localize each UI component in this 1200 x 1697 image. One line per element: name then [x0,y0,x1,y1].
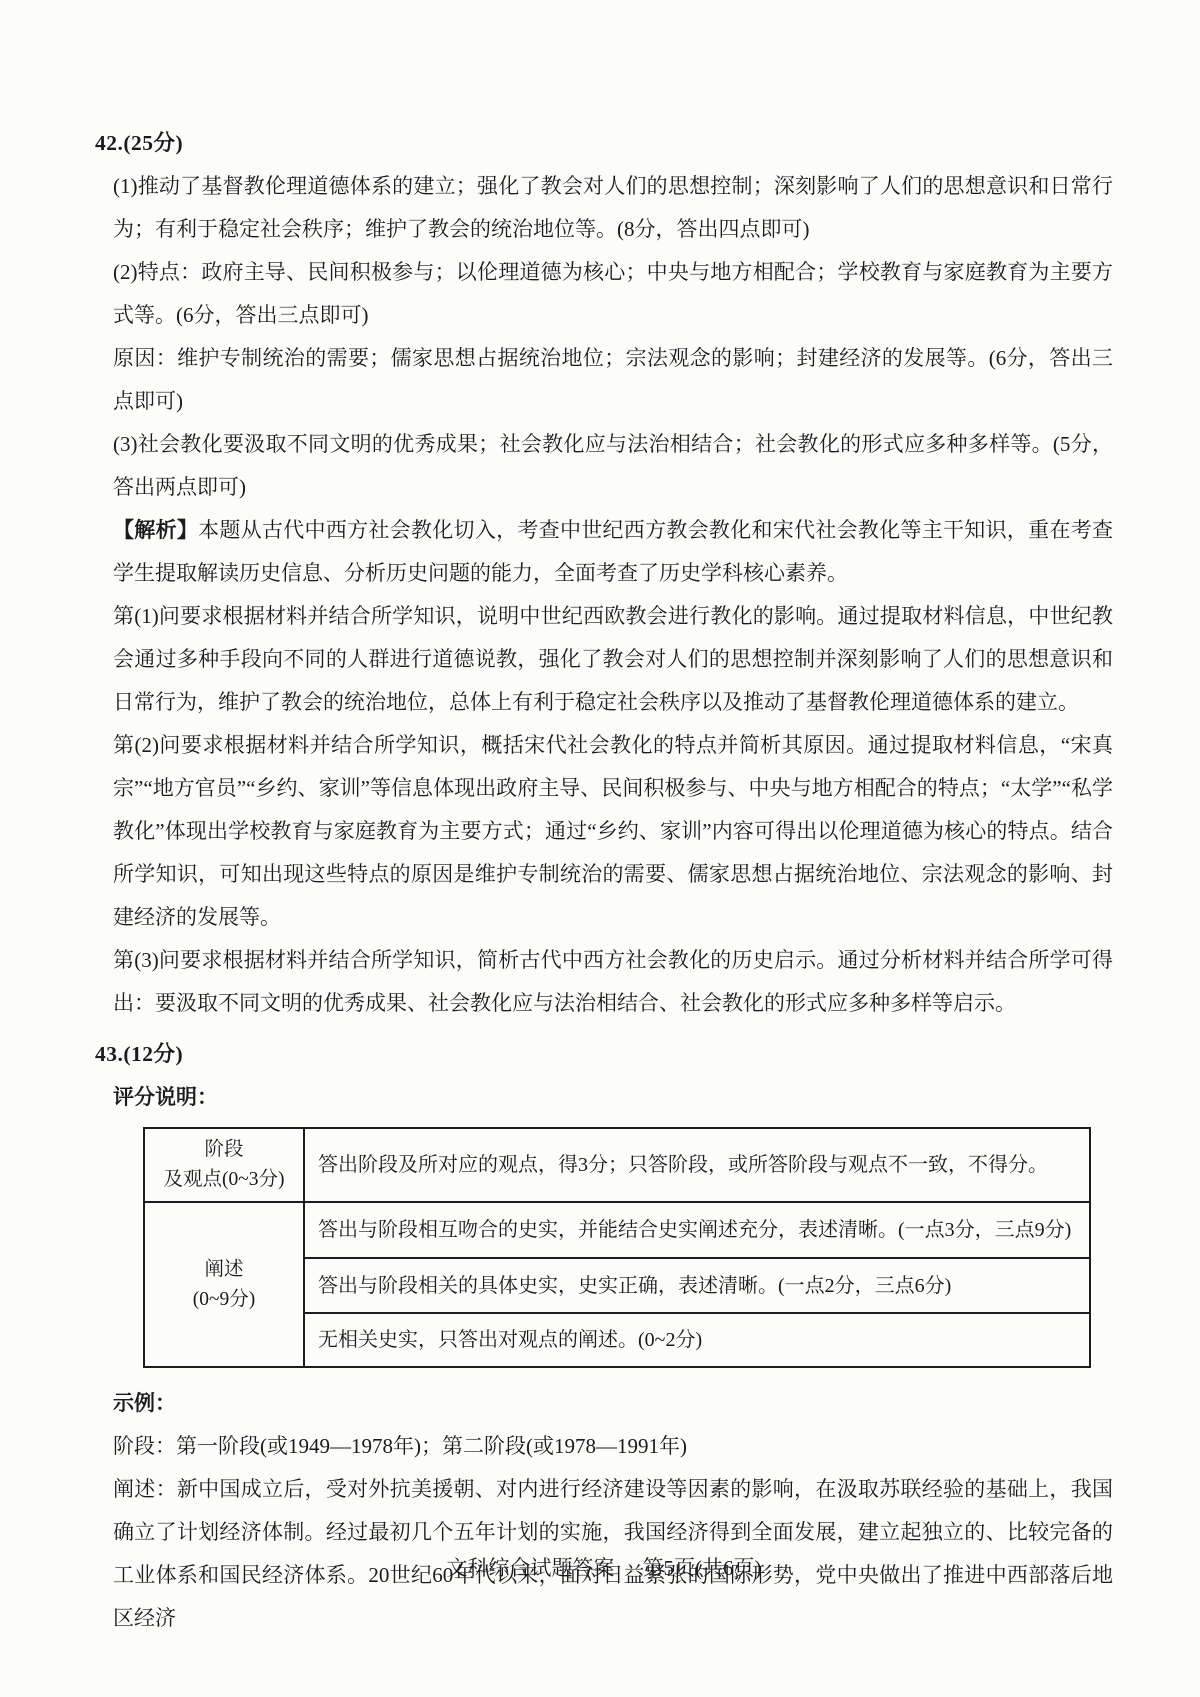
exam-answer-page: 42.(25分) (1)推动了基督教伦理道德体系的建立；强化了教会对人们的思想控… [0,0,1200,1697]
q42-analysis-point3: 第(3)问要求根据材料并结合所学知识，简析古代中西方社会教化的历史启示。通过分析… [113,939,1113,1025]
table-row-elaboration-1: 阐述 (0~9分) 答出与阶段相互吻合的史实，并能结合史实阐述充分，表述清晰。(… [144,1202,1090,1258]
question-42-heading: 42.(25分) [95,122,1113,165]
page-footer: 文科综合试题答案第5页(共6页) [95,1551,1113,1585]
q42-analysis-intro: 【解析】本题从古代中西方社会教化切入，考查中世纪西方教会教化和宋代社会教化等主干… [113,509,1113,595]
rubric-criteria-elaboration-full: 答出与阶段相互吻合的史实，并能结合史实阐述充分，表述清晰。(一点3分，三点9分) [304,1202,1090,1258]
analysis-label: 【解析】 [113,519,198,542]
scoring-rubric-table: 阶段 及观点(0~3分) 答出阶段及所对应的观点，得3分；只答阶段，或所答阶段与… [143,1127,1091,1368]
rubric-criteria-stage-viewpoint: 答出阶段及所对应的观点，得3分；只答阶段，或所答阶段与观点不一致，不得分。 [304,1128,1090,1202]
page-content: 42.(25分) (1)推动了基督教伦理道德体系的建立；强化了教会对人们的思想控… [95,122,1113,1640]
analysis-intro-text: 本题从古代中西方社会教化切入，考查中世纪西方教会教化和宋代社会教化等主干知识，重… [113,518,1113,585]
q42-answer-part1: (1)推动了基督教伦理道德体系的建立；强化了教会对人们的思想控制；深刻影响了人们… [113,165,1113,251]
table-row-stage-viewpoint: 阶段 及观点(0~3分) 答出阶段及所对应的观点，得3分；只答阶段，或所答阶段与… [144,1128,1090,1202]
example-stage-line: 阶段：第一阶段(或1949—1978年)；第二阶段(或1978—1991年) [113,1425,1113,1468]
example-label: 示例： [113,1382,1113,1425]
scoring-note-label: 评分说明： [113,1076,1113,1119]
q42-analysis-point1: 第(1)问要求根据材料并结合所学知识，说明中世纪西欧教会进行教化的影响。通过提取… [113,595,1113,724]
q42-answer-part3: (3)社会教化要汲取不同文明的优秀成果；社会教化应与法治相结合；社会教化的形式应… [113,423,1113,509]
q42-answer-part2-features: (2)特点：政府主导、民间积极参与；以伦理道德为核心；中央与地方相配合；学校教育… [113,251,1113,337]
rubric-label-stage-viewpoint: 阶段 及观点(0~3分) [144,1128,304,1202]
question-43-heading: 43.(12分) [95,1033,1113,1076]
rubric-criteria-elaboration-partial: 答出与阶段相关的具体史实，史实正确，表述清晰。(一点2分，三点6分) [304,1258,1090,1313]
footer-doc-title: 文科综合试题答案 [447,1556,615,1580]
q42-analysis-point2: 第(2)问要求根据材料并结合所学知识，概括宋代社会教化的特点并简析其原因。通过提… [113,724,1113,939]
q42-answer-part2-reasons: 原因：维护专制统治的需要；儒家思想占据统治地位；宗法观念的影响；封建经济的发展等… [113,337,1113,423]
rubric-label-elaboration: 阐述 (0~9分) [144,1202,304,1367]
footer-page-number: 第5页(共6页) [643,1551,762,1585]
rubric-criteria-elaboration-none: 无相关史实，只答出对观点的阐述。(0~2分) [304,1313,1090,1367]
